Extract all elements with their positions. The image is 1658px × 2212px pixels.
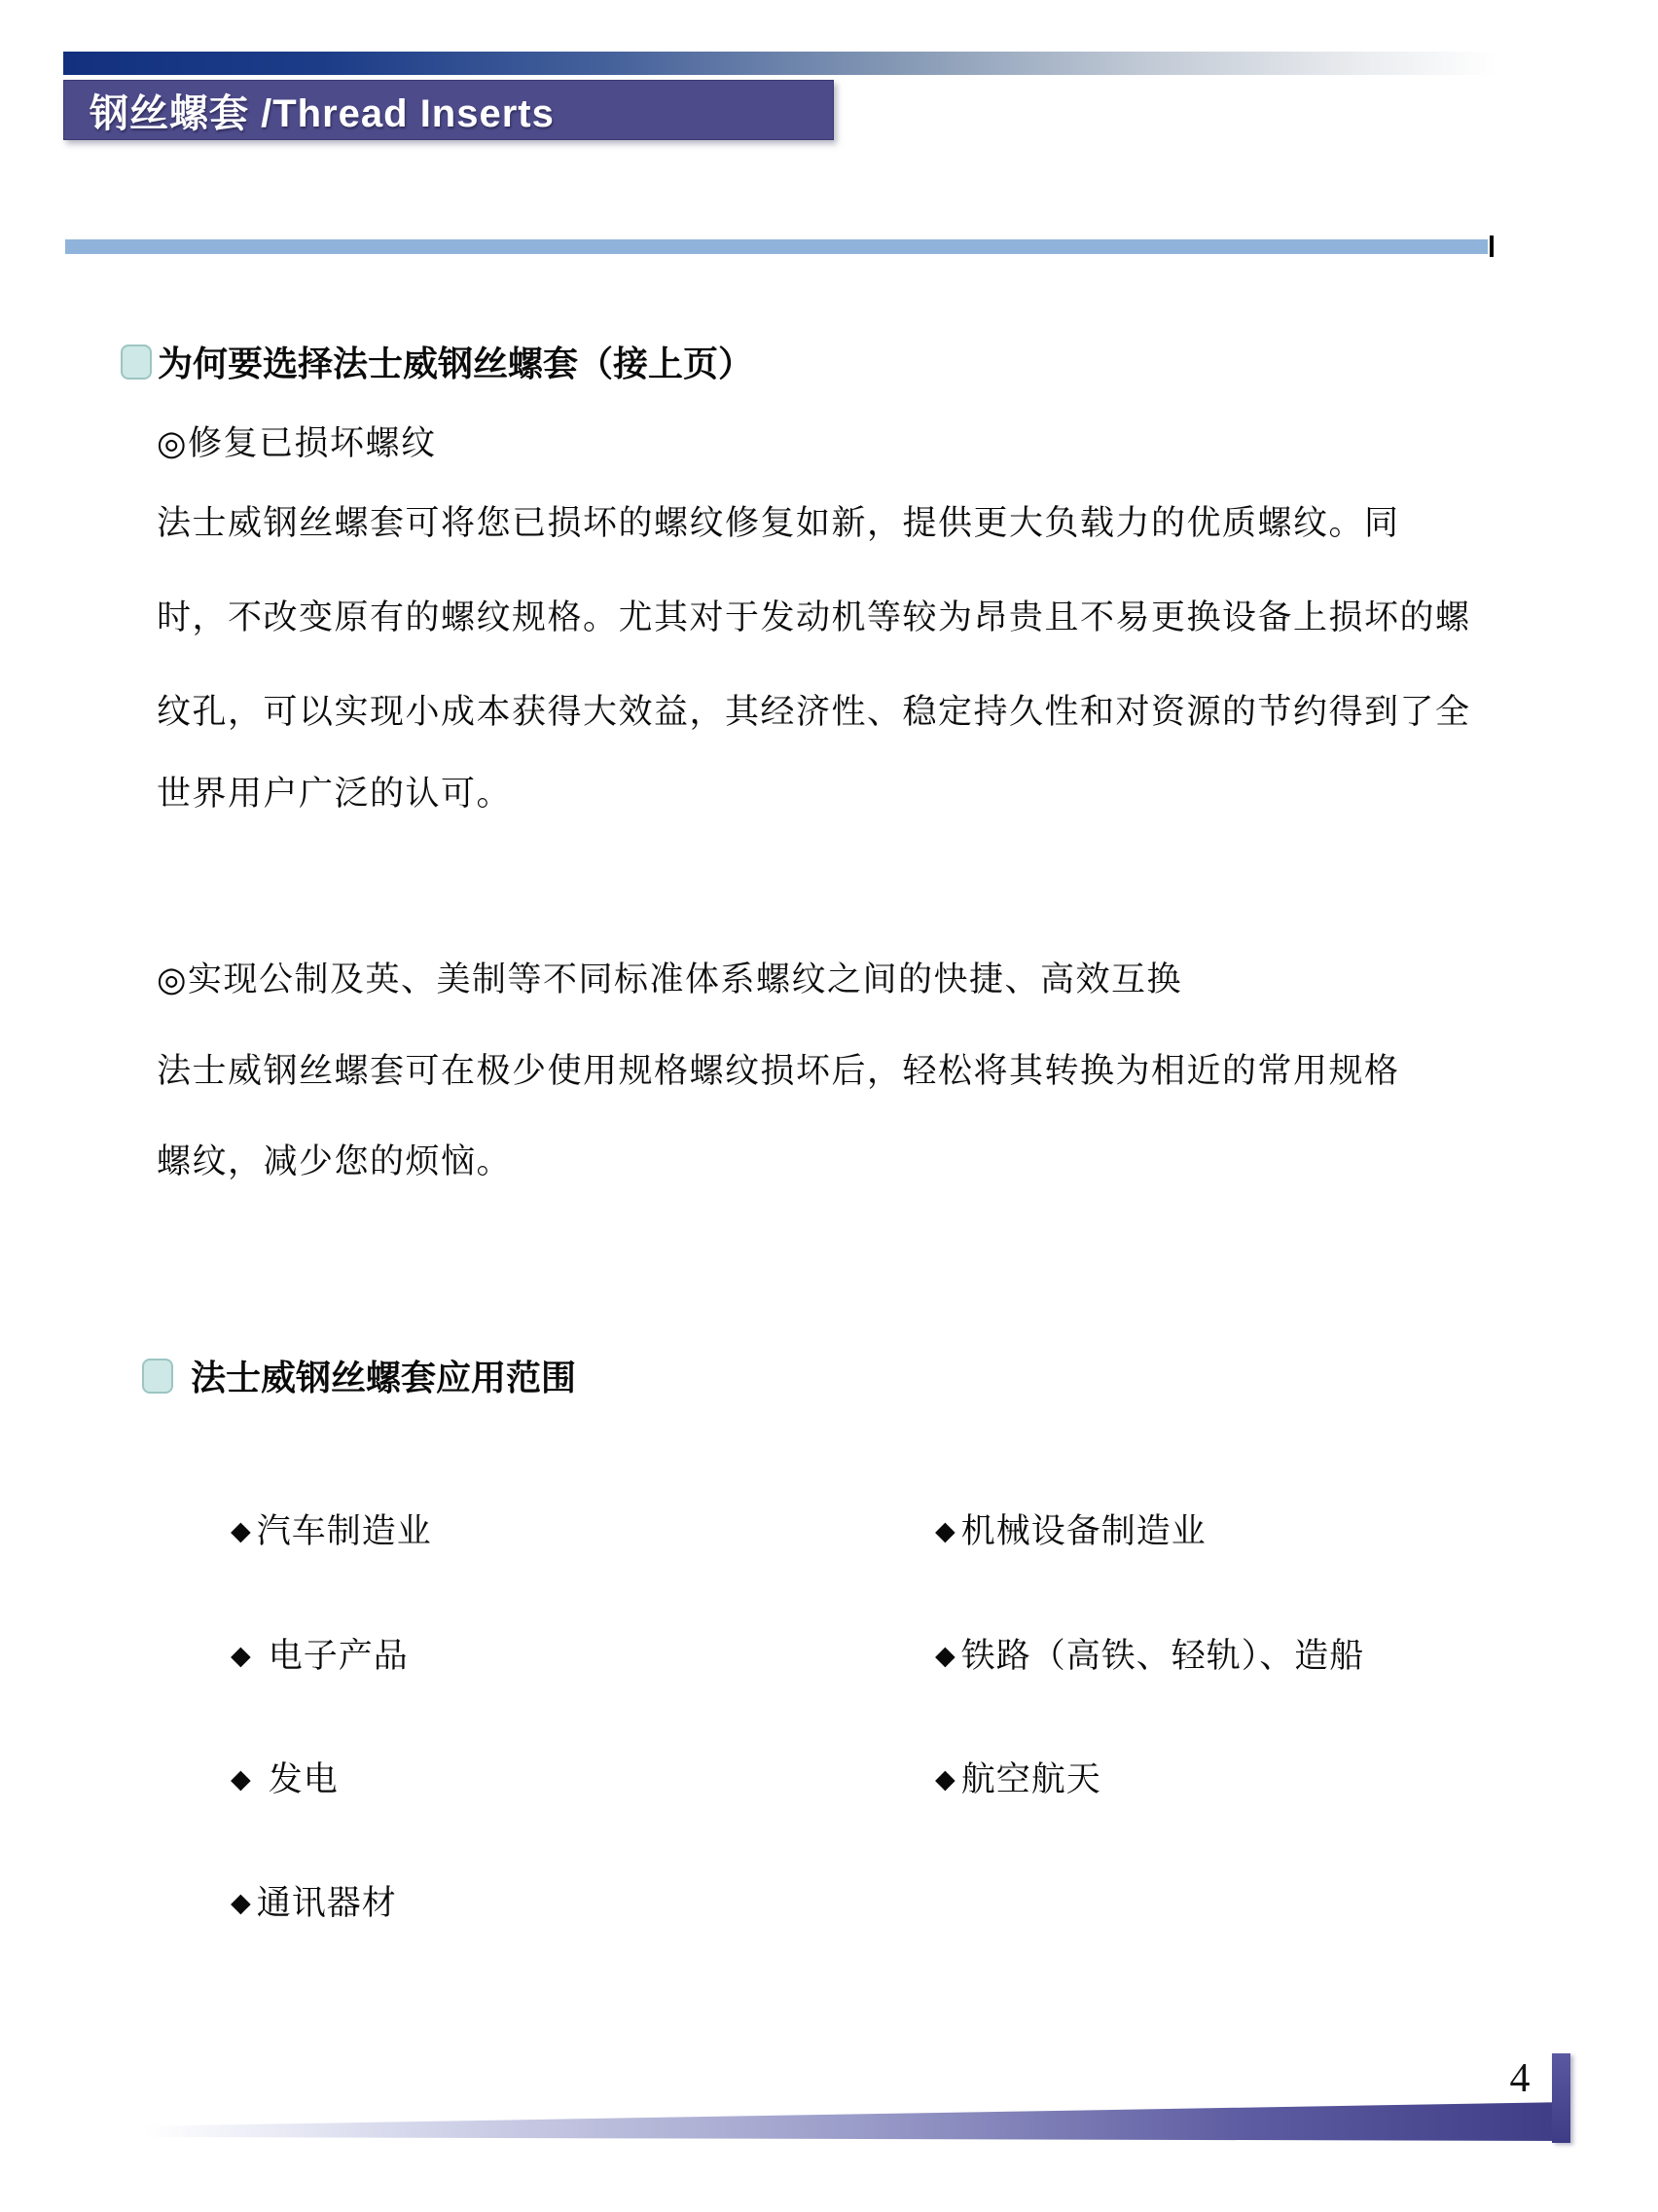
paragraph-line: 法士威钢丝螺套可将您已损坏的螺纹修复如新，提供更大负载力的优质螺纹。同 (157, 503, 1400, 544)
paragraph-line: 世界用户广泛的认可。 (157, 774, 512, 815)
diamond-bullet-icon: ◆ (231, 1764, 252, 1795)
section-heading-applications: 法士威钢丝螺套应用范围 (142, 1351, 576, 1400)
application-label: 通讯器材 (257, 1884, 397, 1922)
application-item-machinery: ◆机械设备制造业 (897, 1466, 1207, 1592)
page-title: 钢丝螺套 /Thread Inserts (90, 83, 555, 138)
application-label: 铁路（高铁、轻轨）、造船 (961, 1637, 1365, 1675)
application-label: 发电 (269, 1760, 339, 1798)
paragraph-line: 螺纹，减少您的烦恼。 (157, 1142, 512, 1182)
heading-square-icon (142, 1359, 173, 1394)
subsection-title-repair: ◎修复已损坏螺纹 (157, 423, 437, 464)
paragraph-line: 法士威钢丝螺套可在极少使用规格螺纹损坏后，轻松将其转换为相近的常用规格 (157, 1051, 1400, 1092)
application-item-aerospace: ◆航空航天 (897, 1714, 1101, 1840)
application-label: 电子产品 (269, 1637, 409, 1675)
section-heading-label: 为何要选择法士威钢丝螺套（接上页） (158, 337, 753, 386)
paragraph-line: 时，不改变原有的螺纹规格。尤其对于发动机等较为昂贵且不易更换设备上损坏的螺 (157, 598, 1471, 638)
footer-corner-bar (1552, 2053, 1570, 2143)
section-heading-why-choose: 为何要选择法士威钢丝螺套（接上页） (121, 337, 753, 386)
application-item-railway-shipbuilding: ◆铁路（高铁、轻轨）、造船 (897, 1590, 1364, 1717)
application-item-electronics: ◆电子产品 (193, 1590, 409, 1717)
application-label: 汽车制造业 (257, 1512, 432, 1550)
diamond-bullet-icon: ◆ (231, 1888, 252, 1918)
application-item-power-generation: ◆发电 (193, 1714, 339, 1840)
divider-end-tick (1490, 236, 1494, 257)
header-divider-line (65, 239, 1488, 254)
document-page: 钢丝螺套 /Thread Inserts 为何要选择法士威钢丝螺套（接上页） ◎… (0, 0, 1658, 2212)
application-label: 航空航天 (961, 1760, 1101, 1798)
diamond-bullet-icon: ◆ (935, 1764, 956, 1795)
subsection-title-interchange: ◎实现公制及英、美制等不同标准体系螺纹之间的快捷、高效互换 (157, 960, 1182, 1000)
page-number: 4 (1496, 2055, 1543, 2102)
application-label: 机械设备制造业 (961, 1512, 1207, 1550)
section-heading-label: 法士威钢丝螺套应用范围 (191, 1351, 576, 1400)
diamond-bullet-icon: ◆ (935, 1516, 956, 1546)
page-title-banner: 钢丝螺套 /Thread Inserts (63, 80, 834, 140)
footer-gradient-bar (144, 2102, 1570, 2141)
diamond-bullet-icon: ◆ (231, 1641, 252, 1671)
paragraph-line: 纹孔，可以实现小成本获得大效益，其经济性、稳定持久性和对资源的节约得到了全 (157, 692, 1471, 733)
heading-square-icon (121, 344, 152, 380)
diamond-bullet-icon: ◆ (231, 1516, 252, 1546)
application-item-communication: ◆通讯器材 (193, 1837, 397, 1964)
application-item-automotive: ◆汽车制造业 (193, 1466, 432, 1592)
header-gradient-bar (63, 52, 1496, 75)
diamond-bullet-icon: ◆ (935, 1641, 956, 1671)
